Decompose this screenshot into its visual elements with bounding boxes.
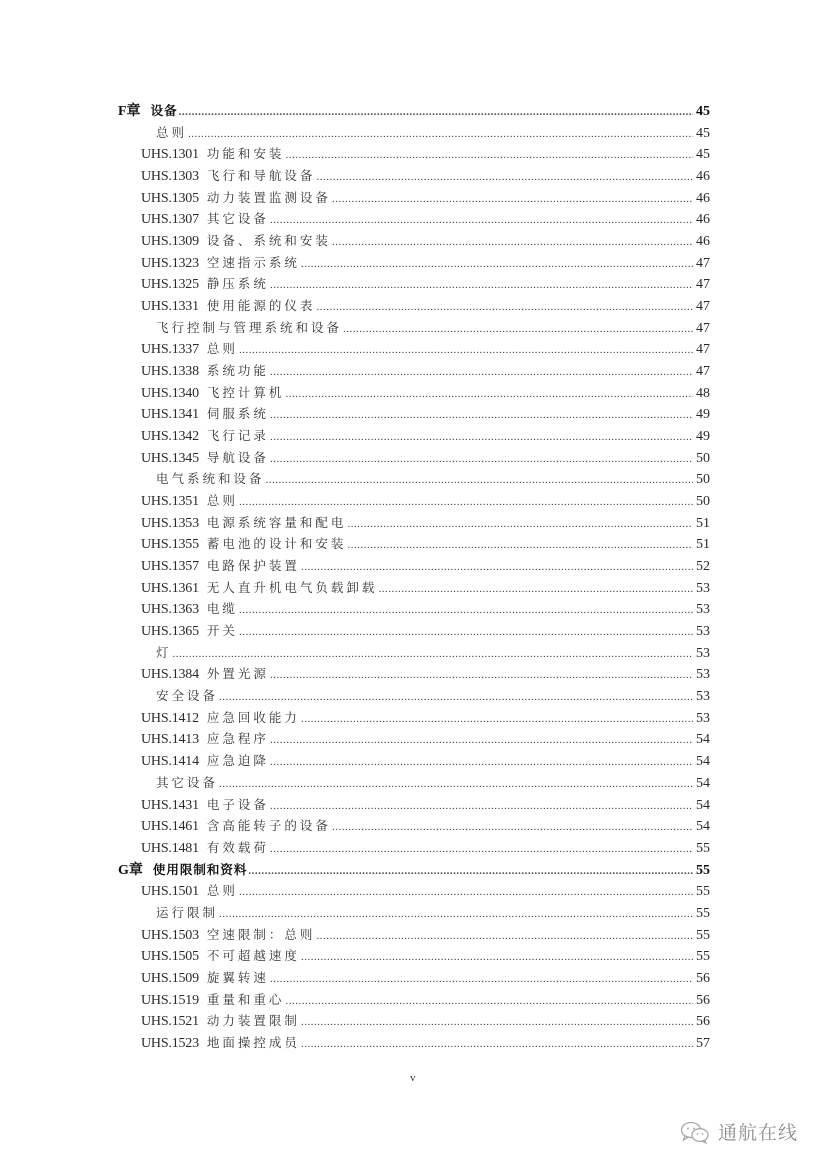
section-code: UHS.1521 bbox=[141, 1011, 199, 1033]
page-ref: 53 bbox=[694, 599, 710, 621]
section-code: UHS.1345 bbox=[141, 448, 199, 470]
dot-leader bbox=[285, 991, 693, 1013]
toc-entry-section[interactable]: UHS.1509旋翼转速56 bbox=[118, 967, 710, 989]
page-ref: 52 bbox=[694, 556, 710, 578]
toc-entry-section[interactable]: UHS.1357电路保护装置52 bbox=[118, 555, 710, 577]
toc-entry-section[interactable]: UHS.1323空速指示系统47 bbox=[118, 252, 710, 274]
page-ref: 54 bbox=[694, 795, 710, 817]
dot-leader bbox=[301, 1034, 693, 1056]
section-code: UHS.1325 bbox=[141, 274, 199, 296]
entry-title: 空速指示系统 bbox=[207, 252, 300, 274]
wechat-icon bbox=[680, 1120, 710, 1144]
page-ref: 45 bbox=[694, 123, 710, 145]
page-ref: 54 bbox=[694, 751, 710, 773]
toc-entry-group[interactable]: 电气系统和设备50 bbox=[118, 468, 710, 490]
dot-leader bbox=[270, 275, 693, 297]
entry-title: 旋翼转速 bbox=[207, 967, 269, 989]
entry-title: 运行限制 bbox=[156, 902, 218, 924]
dot-leader bbox=[219, 774, 693, 796]
dot-leader bbox=[316, 167, 693, 189]
entry-title: 使用能源的仪表 bbox=[207, 295, 316, 317]
toc-entry-section[interactable]: UHS.1342飞行记录49 bbox=[118, 425, 710, 447]
dot-leader bbox=[270, 839, 693, 861]
entry-title: 有效载荷 bbox=[207, 837, 269, 859]
toc-entry-section[interactable]: UHS.1523地面操控成员57 bbox=[118, 1032, 710, 1054]
page-ref: 49 bbox=[694, 426, 710, 448]
section-code: UHS.1323 bbox=[141, 253, 199, 275]
page-ref: 50 bbox=[694, 469, 710, 491]
page-ref: 45 bbox=[694, 101, 710, 123]
section-code: UHS.1355 bbox=[141, 534, 199, 556]
dot-leader bbox=[239, 622, 693, 644]
page-ref: 47 bbox=[694, 274, 710, 296]
entry-title: 地面操控成员 bbox=[207, 1032, 300, 1054]
page-ref: 53 bbox=[694, 664, 710, 686]
dot-leader bbox=[285, 384, 693, 406]
toc-entry-section[interactable]: UHS.1521动力装置限制56 bbox=[118, 1010, 710, 1032]
page-ref: 46 bbox=[694, 209, 710, 231]
dot-leader bbox=[347, 535, 693, 557]
dot-leader bbox=[347, 514, 693, 536]
page-ref: 56 bbox=[694, 1011, 710, 1033]
page-ref: 53 bbox=[694, 643, 710, 665]
dot-leader bbox=[301, 557, 693, 579]
section-code: UHS.1509 bbox=[141, 968, 199, 990]
dot-leader bbox=[270, 449, 693, 471]
dot-leader bbox=[332, 817, 693, 839]
entry-title: 伺服系统 bbox=[207, 403, 269, 425]
dot-leader bbox=[378, 579, 693, 601]
dot-leader bbox=[285, 145, 693, 167]
dot-leader bbox=[248, 861, 693, 883]
toc-entry-group[interactable]: 其它设备54 bbox=[118, 772, 710, 794]
page-ref: 48 bbox=[694, 383, 710, 405]
entry-title: 系统功能 bbox=[207, 360, 269, 382]
page-ref: 49 bbox=[694, 404, 710, 426]
entry-title: 总则 bbox=[207, 880, 238, 902]
entry-title: 使用限制和资料 bbox=[153, 859, 248, 881]
entry-title: 导航设备 bbox=[207, 447, 269, 469]
entry-title: 外置光源 bbox=[207, 663, 269, 685]
entry-title: 蓄电池的设计和安装 bbox=[207, 533, 347, 555]
dot-leader bbox=[266, 470, 693, 492]
page-ref: 54 bbox=[694, 816, 710, 838]
dot-leader bbox=[301, 1012, 693, 1034]
section-code: UHS.1331 bbox=[141, 296, 199, 318]
section-code: UHS.1337 bbox=[141, 339, 199, 361]
section-code: UHS.1461 bbox=[141, 816, 199, 838]
toc-entry-section[interactable]: UHS.1413应急程序54 bbox=[118, 728, 710, 750]
toc-entry-section[interactable]: UHS.1309设备、系统和安装46 bbox=[118, 230, 710, 252]
dot-leader bbox=[301, 709, 693, 731]
section-code: UHS.1340 bbox=[141, 383, 199, 405]
toc-entry-section[interactable]: UHS.1303飞行和导航设备46 bbox=[118, 165, 710, 187]
dot-leader bbox=[332, 189, 693, 211]
entry-title: 应急迫降 bbox=[207, 750, 269, 772]
toc-entry-section[interactable]: UHS.1351总则50 bbox=[118, 490, 710, 512]
dot-leader bbox=[332, 232, 693, 254]
page-ref: 53 bbox=[694, 578, 710, 600]
section-code: UHS.1523 bbox=[141, 1033, 199, 1055]
section-code: UHS.1351 bbox=[141, 491, 199, 513]
toc-entry-section[interactable]: UHS.1501总则55 bbox=[118, 880, 710, 902]
section-code: UHS.1365 bbox=[141, 621, 199, 643]
page-ref: 53 bbox=[694, 621, 710, 643]
entry-title: 总则 bbox=[207, 338, 238, 360]
entry-title: 电源系统容量和配电 bbox=[207, 512, 347, 534]
section-code: UHS.1363 bbox=[141, 599, 199, 621]
page-ref: 46 bbox=[694, 166, 710, 188]
page-ref: 57 bbox=[694, 1033, 710, 1055]
section-code: UHS.1353 bbox=[141, 513, 199, 535]
section-code: UHS.1341 bbox=[141, 404, 199, 426]
section-code: UHS.1361 bbox=[141, 578, 199, 600]
entry-title: 电缆 bbox=[207, 598, 238, 620]
toc-entry-chapter[interactable]: F章设备45 bbox=[118, 100, 710, 122]
toc-entry-section[interactable]: UHS.1345导航设备50 bbox=[118, 447, 710, 469]
toc-entry-section[interactable]: UHS.1337总则47 bbox=[118, 338, 710, 360]
entry-title: 灯 bbox=[156, 642, 172, 664]
entry-title: 飞行和导航设备 bbox=[207, 165, 316, 187]
dot-leader bbox=[270, 210, 693, 232]
dot-leader bbox=[239, 492, 693, 514]
toc-entry-section[interactable]: UHS.1353电源系统容量和配电51 bbox=[118, 512, 710, 534]
page-ref: 53 bbox=[694, 708, 710, 730]
entry-title: 总则 bbox=[207, 490, 238, 512]
dot-leader bbox=[270, 796, 693, 818]
page-ref: 54 bbox=[694, 773, 710, 795]
section-code: UHS.1357 bbox=[141, 556, 199, 578]
page-ref: 47 bbox=[694, 296, 710, 318]
toc-entry-section[interactable]: UHS.1505不可超越速度55 bbox=[118, 945, 710, 967]
toc-entry-section[interactable]: UHS.1365开关53 bbox=[118, 620, 710, 642]
entry-title: 设备、系统和安装 bbox=[207, 230, 331, 252]
dot-leader bbox=[219, 904, 693, 926]
toc-entry-section[interactable]: UHS.1341伺服系统49 bbox=[118, 403, 710, 425]
page-ref: 55 bbox=[694, 903, 710, 925]
dot-leader bbox=[343, 319, 693, 341]
page-ref: 55 bbox=[694, 925, 710, 947]
toc-entry-section[interactable]: UHS.1414应急迫降54 bbox=[118, 750, 710, 772]
toc-entry-section[interactable]: UHS.1363电缆53 bbox=[118, 598, 710, 620]
entry-title: 空速限制：总则 bbox=[207, 924, 316, 946]
entry-title: 电路保护装置 bbox=[207, 555, 300, 577]
dot-leader bbox=[270, 730, 693, 752]
dot-leader bbox=[239, 882, 693, 904]
toc-entry-section[interactable]: UHS.1355蓄电池的设计和安装51 bbox=[118, 533, 710, 555]
dot-leader bbox=[301, 947, 693, 969]
page-ref: 55 bbox=[694, 860, 710, 882]
entry-title: 无人直升机电气负载卸载 bbox=[207, 577, 378, 599]
entry-title: 功能和安装 bbox=[207, 143, 285, 165]
dot-leader bbox=[316, 297, 693, 319]
page-ref: 54 bbox=[694, 729, 710, 751]
entry-title: 重量和重心 bbox=[207, 989, 285, 1011]
page-number: v bbox=[410, 1072, 416, 1084]
toc-entry-group[interactable]: 总则45 bbox=[118, 122, 710, 144]
toc-entry-group[interactable]: 灯53 bbox=[118, 642, 710, 664]
toc-entry-section[interactable]: UHS.1503空速限制：总则55 bbox=[118, 924, 710, 946]
toc-entry-group[interactable]: 飞行控制与管理系统和设备47 bbox=[118, 317, 710, 339]
entry-title: 应急回收能力 bbox=[207, 707, 300, 729]
page-ref: 51 bbox=[694, 534, 710, 556]
section-code: UHS.1338 bbox=[141, 361, 199, 383]
entry-title: 其它设备 bbox=[207, 208, 269, 230]
page-ref: 50 bbox=[694, 448, 710, 470]
toc-entry-section[interactable]: UHS.1325静压系统47 bbox=[118, 273, 710, 295]
toc-entry-section[interactable]: UHS.1305动力装置监测设备46 bbox=[118, 187, 710, 209]
entry-title: 设备 bbox=[151, 100, 178, 122]
section-code: UHS.1309 bbox=[141, 231, 199, 253]
entry-title: 开关 bbox=[207, 620, 238, 642]
toc-entry-section[interactable]: UHS.1384外置光源53 bbox=[118, 663, 710, 685]
dot-leader bbox=[270, 969, 693, 991]
section-code: UHS.1501 bbox=[141, 881, 199, 903]
toc-entry-group[interactable]: 运行限制55 bbox=[118, 902, 710, 924]
chapter-label: G章 bbox=[118, 860, 143, 882]
entry-title: 不可超越速度 bbox=[207, 945, 300, 967]
entry-title: 飞行记录 bbox=[207, 425, 269, 447]
entry-title: 应急程序 bbox=[207, 728, 269, 750]
toc-entry-section[interactable]: UHS.1412应急回收能力53 bbox=[118, 707, 710, 729]
section-code: UHS.1303 bbox=[141, 166, 199, 188]
page-ref: 46 bbox=[694, 188, 710, 210]
toc-entry-section[interactable]: UHS.1340飞控计算机48 bbox=[118, 382, 710, 404]
toc-entry-chapter[interactable]: G章使用限制和资料55 bbox=[118, 859, 710, 881]
chapter-label: F章 bbox=[118, 101, 141, 123]
table-of-contents: F章设备45总则45UHS.1301功能和安装45UHS.1303飞行和导航设备… bbox=[118, 100, 710, 1054]
watermark-text: 通航在线 bbox=[718, 1118, 798, 1145]
entry-title: 电子设备 bbox=[207, 794, 269, 816]
entry-title: 飞控计算机 bbox=[207, 382, 285, 404]
entry-title: 静压系统 bbox=[207, 273, 269, 295]
entry-title: 动力装置限制 bbox=[207, 1010, 300, 1032]
toc-entry-section[interactable]: UHS.1431电子设备54 bbox=[118, 794, 710, 816]
dot-leader bbox=[219, 687, 693, 709]
toc-entry-section[interactable]: UHS.1338系统功能47 bbox=[118, 360, 710, 382]
dot-leader bbox=[301, 254, 693, 276]
toc-entry-section[interactable]: UHS.1461含高能转子的设备54 bbox=[118, 815, 710, 837]
toc-entry-section[interactable]: UHS.1307其它设备46 bbox=[118, 208, 710, 230]
dot-leader bbox=[316, 926, 693, 948]
section-code: UHS.1307 bbox=[141, 209, 199, 231]
entry-title: 安全设备 bbox=[156, 685, 218, 707]
dot-leader bbox=[270, 752, 693, 774]
dot-leader bbox=[179, 102, 693, 124]
page-ref: 47 bbox=[694, 339, 710, 361]
entry-title: 其它设备 bbox=[156, 772, 218, 794]
section-code: UHS.1519 bbox=[141, 990, 199, 1012]
dot-leader bbox=[270, 665, 693, 687]
entry-title: 飞行控制与管理系统和设备 bbox=[156, 317, 342, 339]
toc-entry-section[interactable]: UHS.1519重量和重心56 bbox=[118, 989, 710, 1011]
dot-leader bbox=[270, 362, 693, 384]
entry-title: 总则 bbox=[156, 122, 187, 144]
section-code: UHS.1412 bbox=[141, 708, 199, 730]
page-ref: 56 bbox=[694, 990, 710, 1012]
section-code: UHS.1342 bbox=[141, 426, 199, 448]
section-code: UHS.1413 bbox=[141, 729, 199, 751]
page-ref: 55 bbox=[694, 881, 710, 903]
dot-leader bbox=[188, 124, 693, 146]
toc-entry-section[interactable]: UHS.1361无人直升机电气负载卸载53 bbox=[118, 577, 710, 599]
page-ref: 53 bbox=[694, 686, 710, 708]
section-code: UHS.1503 bbox=[141, 925, 199, 947]
dot-leader bbox=[270, 427, 693, 449]
toc-entry-section[interactable]: UHS.1481有效载荷55 bbox=[118, 837, 710, 859]
watermark: 通航在线 bbox=[680, 1118, 798, 1145]
page-ref: 51 bbox=[694, 513, 710, 535]
toc-entry-group[interactable]: 安全设备53 bbox=[118, 685, 710, 707]
dot-leader bbox=[270, 405, 693, 427]
page-ref: 56 bbox=[694, 968, 710, 990]
page-ref: 47 bbox=[694, 318, 710, 340]
page-ref: 55 bbox=[694, 838, 710, 860]
section-code: UHS.1431 bbox=[141, 795, 199, 817]
section-code: UHS.1305 bbox=[141, 188, 199, 210]
section-code: UHS.1384 bbox=[141, 664, 199, 686]
page-ref: 46 bbox=[694, 231, 710, 253]
entry-title: 动力装置监测设备 bbox=[207, 187, 331, 209]
page-ref: 50 bbox=[694, 491, 710, 513]
section-code: UHS.1481 bbox=[141, 838, 199, 860]
entry-title: 含高能转子的设备 bbox=[207, 815, 331, 837]
page-ref: 55 bbox=[694, 946, 710, 968]
section-code: UHS.1301 bbox=[141, 144, 199, 166]
page-ref: 47 bbox=[694, 253, 710, 275]
toc-entry-section[interactable]: UHS.1301功能和安装45 bbox=[118, 143, 710, 165]
entry-title: 电气系统和设备 bbox=[156, 468, 265, 490]
dot-leader bbox=[173, 644, 693, 666]
toc-entry-section[interactable]: UHS.1331使用能源的仪表47 bbox=[118, 295, 710, 317]
page-ref: 45 bbox=[694, 144, 710, 166]
dot-leader bbox=[239, 340, 693, 362]
section-code: UHS.1414 bbox=[141, 751, 199, 773]
page-ref: 47 bbox=[694, 361, 710, 383]
dot-leader bbox=[239, 600, 693, 622]
section-code: UHS.1505 bbox=[141, 946, 199, 968]
